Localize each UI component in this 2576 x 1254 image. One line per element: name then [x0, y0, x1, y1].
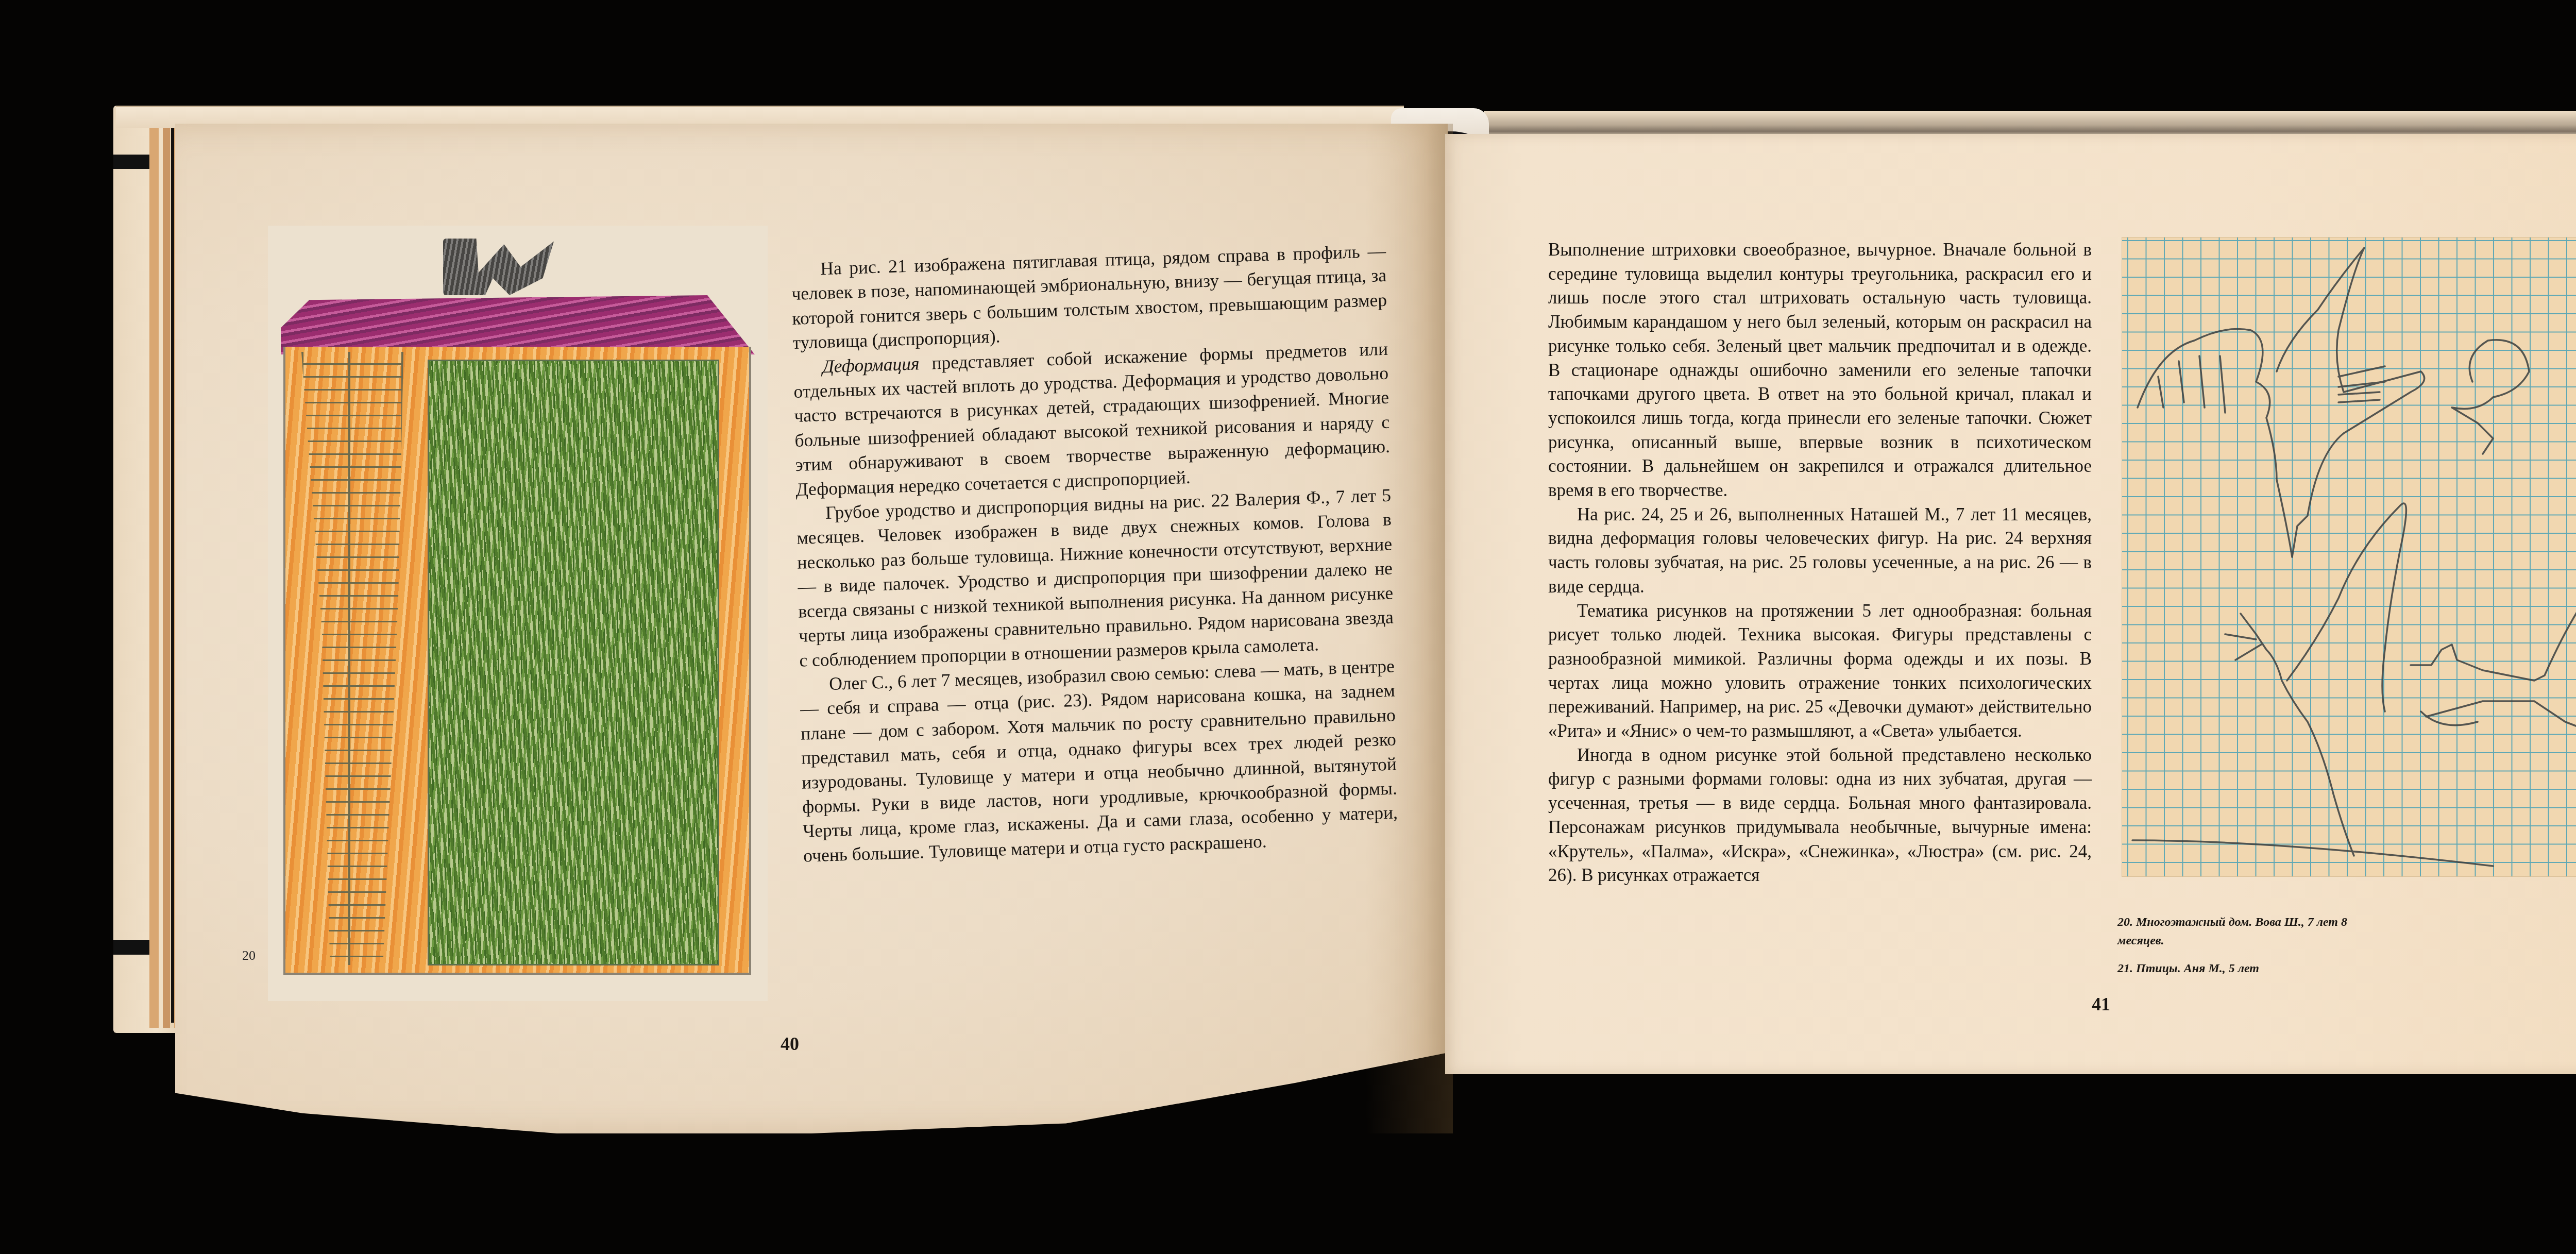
- caption-figure-21: 21. Птицы. Аня М., 5 лет: [2117, 959, 2365, 978]
- stack-divider-line: [171, 116, 174, 1023]
- figure-20-drawing: [268, 226, 768, 1001]
- figure-21-drawing: [2122, 237, 2576, 877]
- left-page-text: На рис. 21 изображена пятиглавая птица, …: [791, 239, 1398, 868]
- paragraph: Олег С., 6 лет 7 месяцев, изобразил свою…: [800, 654, 1398, 868]
- paragraph: Тематика рисунков на протяжении 5 лет од…: [1548, 599, 2092, 743]
- drawing-green-block: [428, 360, 719, 965]
- figure-captions: 20. Многоэтажный дом. Вова Ш., 7 лет 8 м…: [2117, 913, 2365, 987]
- paragraph: На рис. 21 изображена пятиглавая птица, …: [791, 239, 1387, 355]
- paragraph: Выполнение штриховки своеобразное, вычур…: [1548, 238, 2092, 503]
- caption-figure-20: 20. Многоэтажный дом. Вова Ш., 7 лет 8 м…: [2117, 913, 2365, 950]
- page-top-edge-right: [1484, 111, 2576, 137]
- bird-sketch-icon: [2122, 238, 2576, 876]
- paragraph: На рис. 24, 25 и 26, выполненных Наташей…: [1548, 503, 2092, 599]
- drawing-chimney: [443, 239, 554, 295]
- open-book: 20 На рис. 21 изображена пятиглавая птиц…: [0, 0, 2576, 1254]
- drawing-roof: [281, 295, 755, 354]
- paragraph: Иногда в одном рисунке этой больной пред…: [1548, 743, 2092, 888]
- paragraph: Деформация представляет собой искажение …: [793, 336, 1391, 502]
- page-number-left: 40: [781, 1033, 799, 1055]
- figure-number-20: 20: [242, 948, 256, 963]
- page-number-right: 41: [2092, 993, 2110, 1015]
- paragraph: Грубое уродство и диспропорция видны на …: [796, 483, 1394, 673]
- right-page-text: Выполнение штриховки своеобразное, вычур…: [1548, 238, 2092, 888]
- emphasized-term: Деформация: [822, 353, 920, 377]
